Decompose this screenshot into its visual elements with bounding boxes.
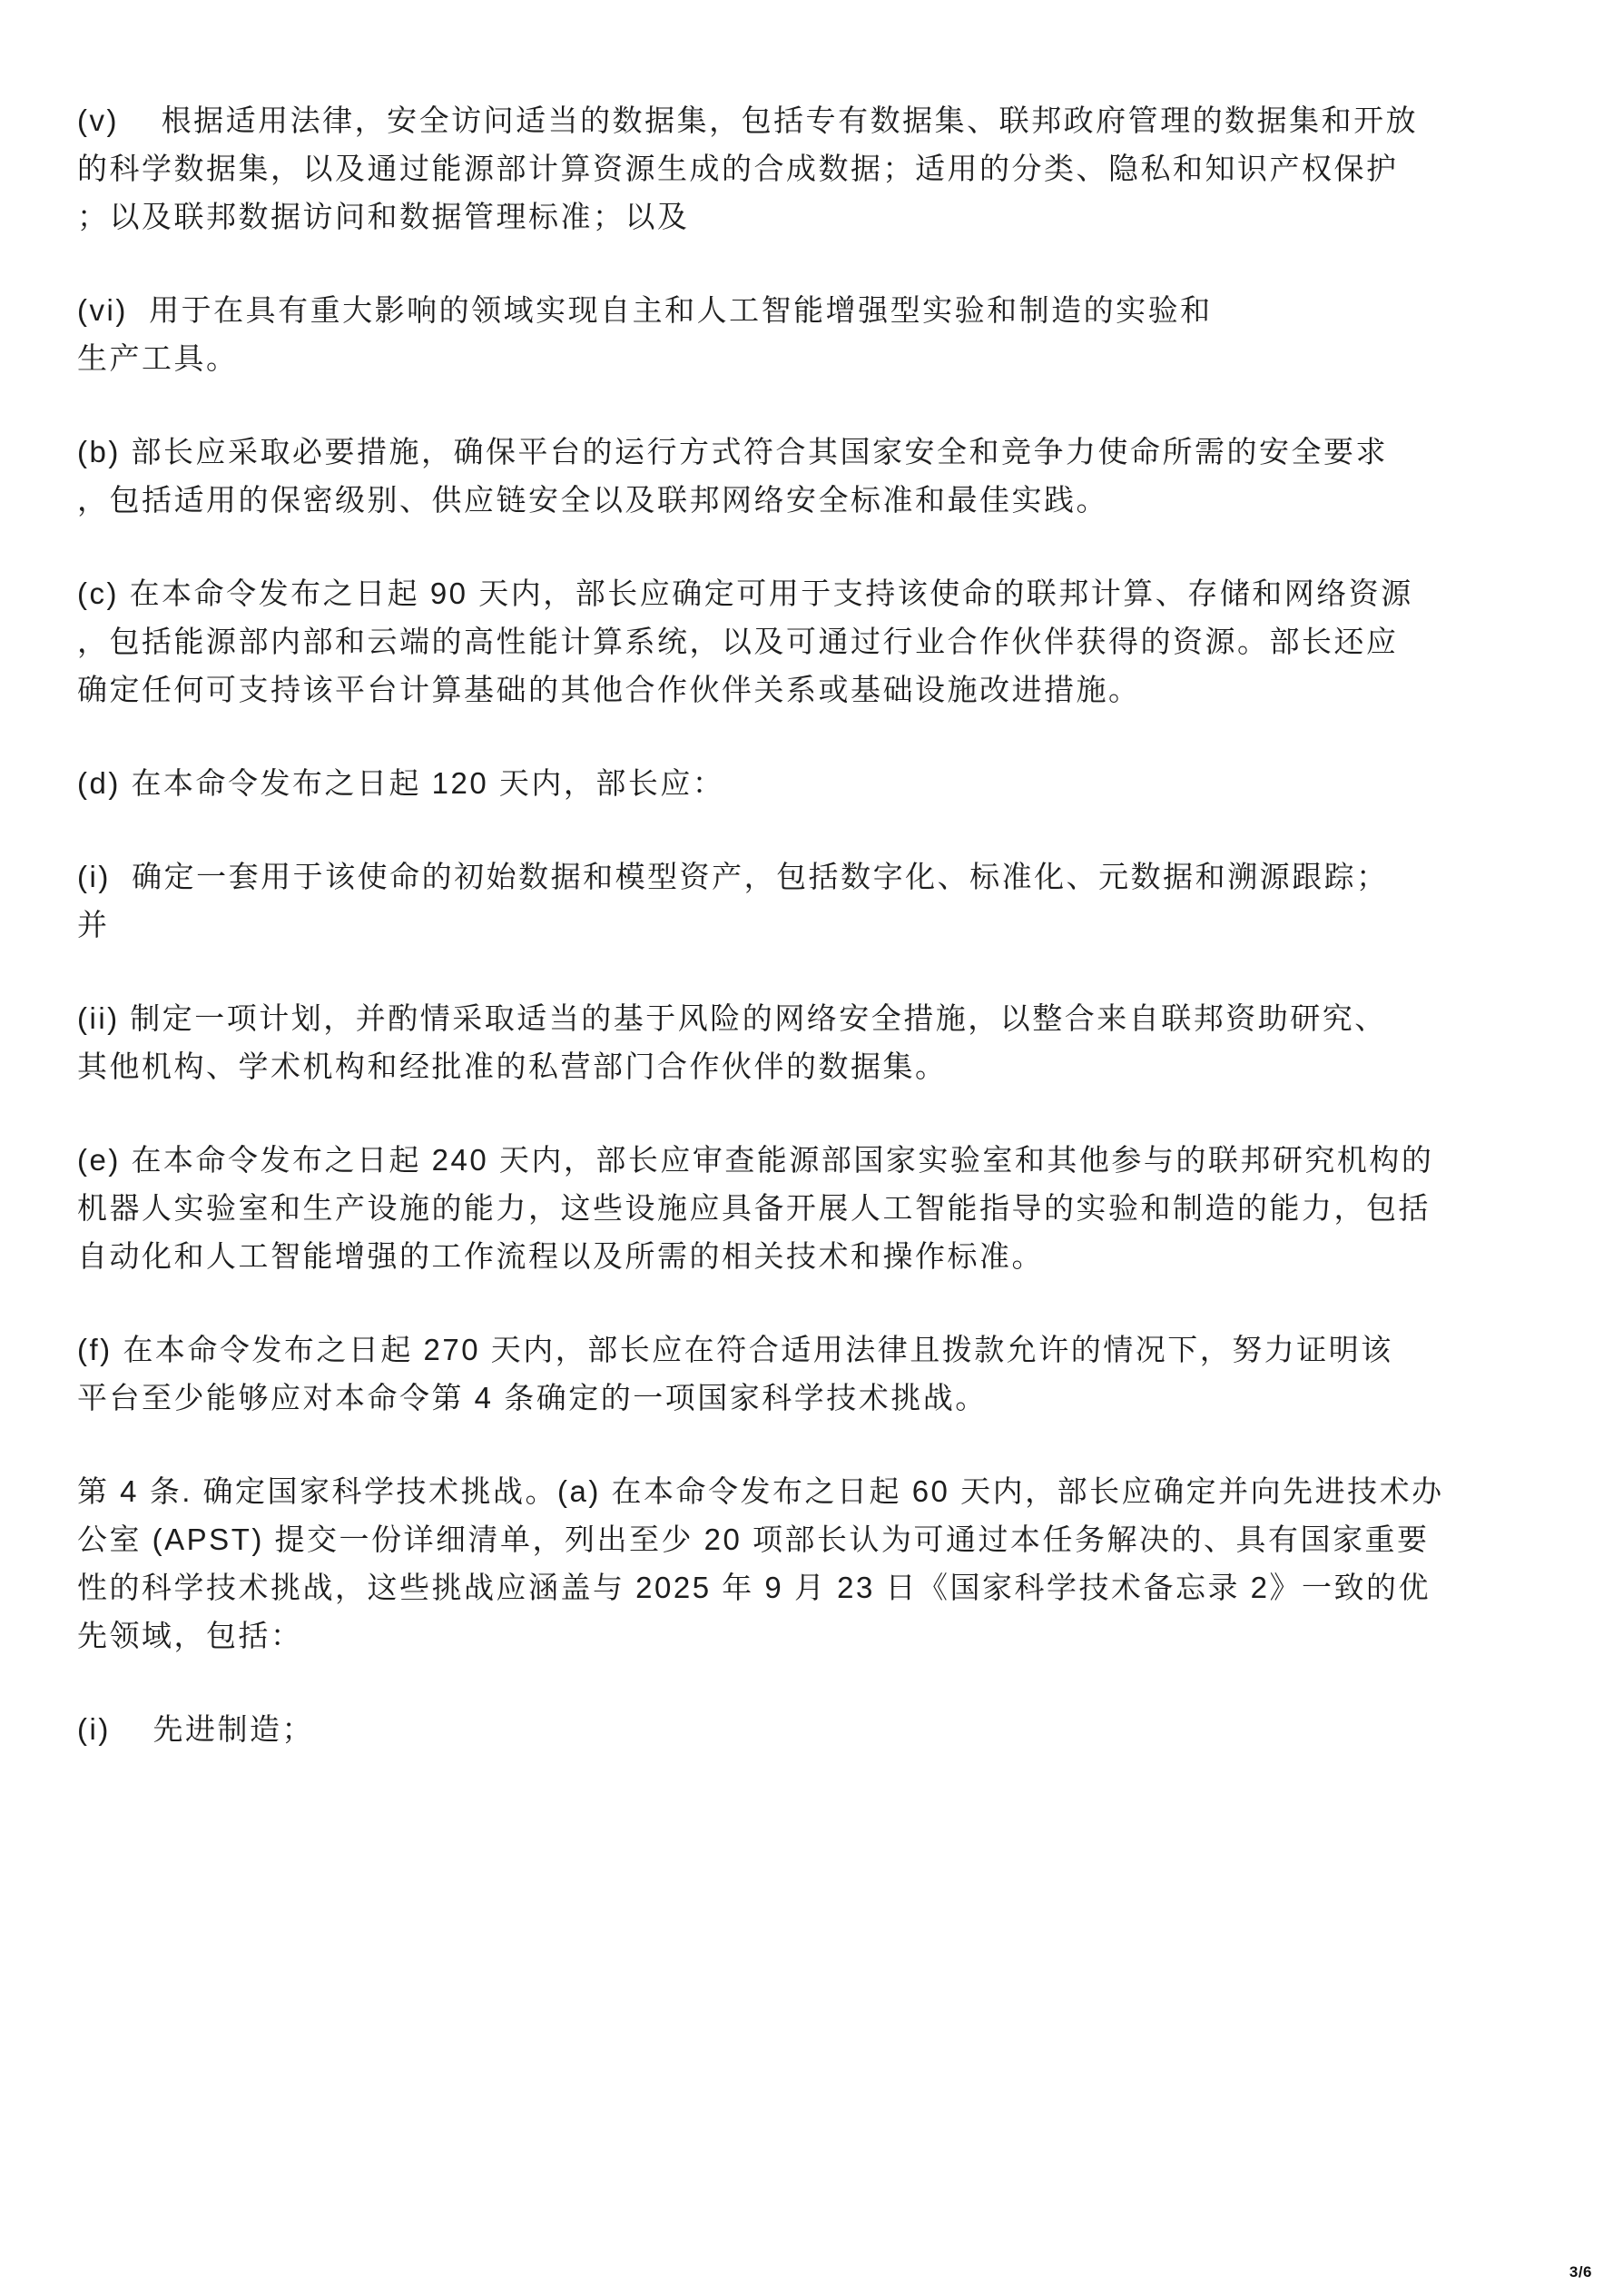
- paragraph-clause-d-i: (i) 确定一套用于该使命的初始数据和模型资产，包括数字化、标准化、元数据和溯源…: [77, 852, 1552, 949]
- paragraph-clause-vi: (vi) 用于在具有重大影响的领域实现自主和人工智能增强型实验和制造的实验和 生…: [77, 286, 1552, 382]
- page-number-indicator: 3/6: [1569, 2263, 1592, 2281]
- paragraph-clause-b: (b) 部长应采取必要措施，确保平台的运行方式符合其国家安全和竞争力使命所需的安…: [77, 428, 1552, 524]
- paragraph-clause-c: (c) 在本命令发布之日起 90 天内，部长应确定可用于支持该使命的联邦计算、存…: [77, 569, 1552, 714]
- document-page: (v) 根据适用法律，安全访问适当的数据集，包括专有数据集、联邦政府管理的数据集…: [0, 0, 1623, 2296]
- paragraph-clause-f: (f) 在本命令发布之日起 270 天内，部长应在符合适用法律且拨款允许的情况下…: [77, 1325, 1552, 1422]
- paragraph-clause-v: (v) 根据适用法律，安全访问适当的数据集，包括专有数据集、联邦政府管理的数据集…: [77, 96, 1552, 241]
- paragraph-section-4-i: (i) 先进制造；: [77, 1705, 1552, 1753]
- paragraph-section-4: 第 4 条. 确定国家科学技术挑战。(a) 在本命令发布之日起 60 天内，部长…: [77, 1467, 1552, 1660]
- paragraph-clause-d-ii: (ii) 制定一项计划，并酌情采取适当的基于风险的网络安全措施，以整合来自联邦资…: [77, 994, 1552, 1090]
- paragraph-clause-d: (d) 在本命令发布之日起 120 天内，部长应：: [77, 759, 1552, 807]
- document-body: (v) 根据适用法律，安全访问适当的数据集，包括专有数据集、联邦政府管理的数据集…: [77, 96, 1552, 1798]
- paragraph-clause-e: (e) 在本命令发布之日起 240 天内，部长应审查能源部国家实验室和其他参与的…: [77, 1136, 1552, 1280]
